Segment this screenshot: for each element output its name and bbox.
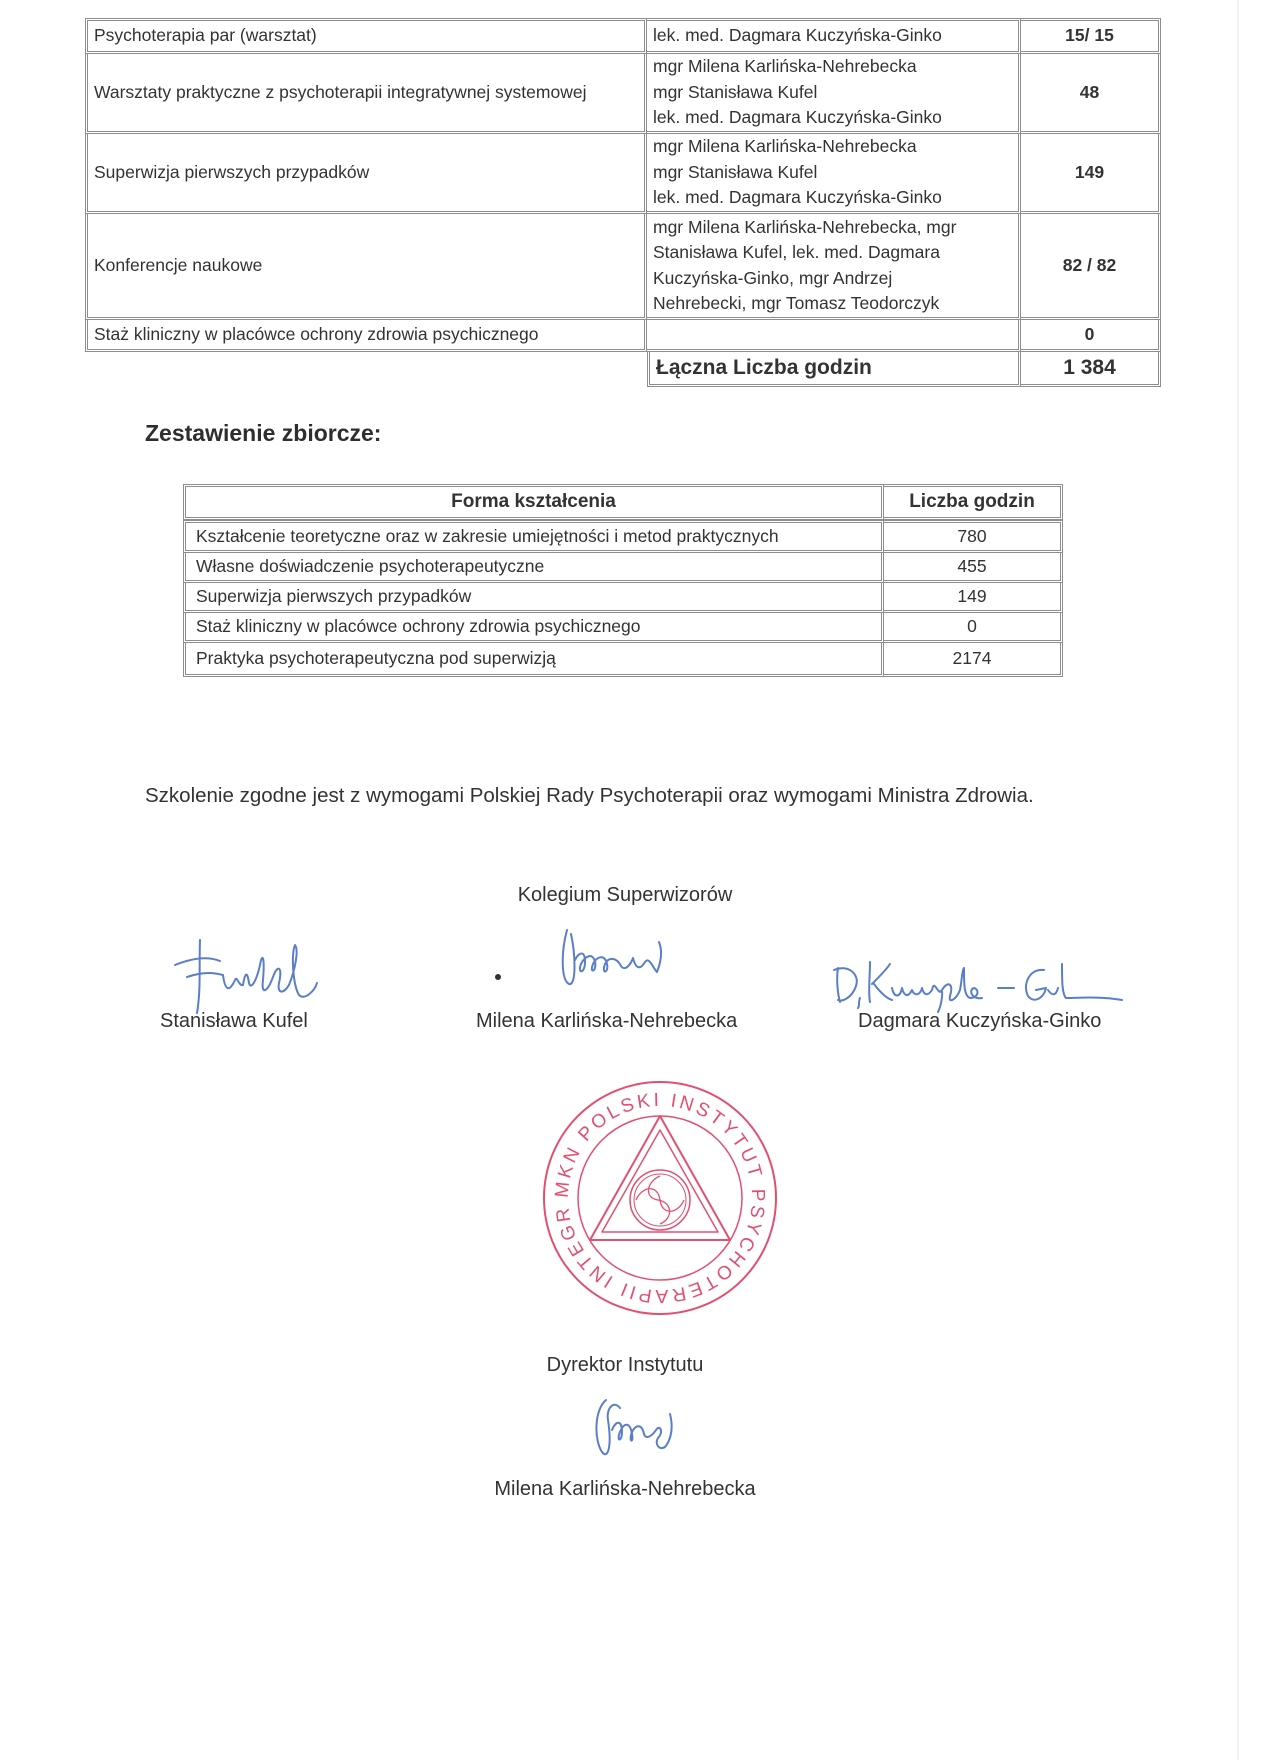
signature-kufel-icon bbox=[165, 935, 335, 1015]
hours-cell: 15/ 15 bbox=[1021, 18, 1161, 54]
hours-table: Psychoterapia par (warsztat) lek. med. D… bbox=[85, 18, 1161, 387]
institute-stamp-icon: MKN POLSKI INSTYTUT PSYCHOTERAPII INTEGR… bbox=[540, 1078, 780, 1318]
table-row: Staż kliniczny w placówce ochrony zdrowi… bbox=[183, 613, 1063, 643]
column-header-form: Forma kształcenia bbox=[183, 484, 884, 520]
stamp-text: MKN POLSKI INSTYTUT PSYCHOTERAPII INTEGR… bbox=[540, 1078, 768, 1306]
total-label: Łączna Liczba godzin bbox=[647, 352, 1021, 387]
hours-cell: 48 bbox=[1021, 54, 1161, 134]
lecturers-cell: mgr Milena Karlińska-Nehrebecka mgr Stan… bbox=[647, 134, 1021, 214]
scan-artifact-line bbox=[1237, 0, 1239, 1760]
lecturer: mgr Stanisława Kufel bbox=[653, 80, 1012, 106]
form-cell: Staż kliniczny w placówce ochrony zdrowi… bbox=[183, 613, 884, 643]
hours-cell: 0 bbox=[1021, 320, 1161, 352]
subject-cell: Psychoterapia par (warsztat) bbox=[85, 18, 647, 54]
lecturer: mgr Milena Karlińska-Nehrebecka bbox=[653, 54, 1012, 80]
hours-cell: 455 bbox=[884, 553, 1063, 583]
director-title: Dyrektor Instytutu bbox=[425, 1354, 825, 1377]
signature-director-icon bbox=[590, 1390, 700, 1470]
signatory-name: Stanisława Kufel bbox=[160, 1010, 308, 1033]
lecturers-cell: lek. med. Dagmara Kuczyńska-Ginko bbox=[647, 18, 1021, 54]
form-cell: Kształcenie teoretyczne oraz w zakresie … bbox=[183, 520, 884, 553]
table-row: Staż kliniczny w placówce ochrony zdrowi… bbox=[85, 320, 1161, 352]
summary-header-row: Forma kształcenia Liczba godzin bbox=[183, 484, 1063, 520]
lecturer: lek. med. Dagmara Kuczyńska-Ginko bbox=[653, 23, 1012, 49]
lecturer: mgr Milena Karlińska-Nehrebecka bbox=[653, 134, 1012, 160]
table-row: Psychoterapia par (warsztat) lek. med. D… bbox=[85, 18, 1161, 54]
signature-karlinska-icon bbox=[555, 922, 685, 1002]
hours-cell: 82 / 82 bbox=[1021, 214, 1161, 320]
lecturer: Stanisława Kufel, lek. med. Dagmara bbox=[653, 240, 1012, 266]
signatory-name: Dagmara Kuczyńska-Ginko bbox=[858, 1010, 1101, 1033]
lecturers-cell: mgr Milena Karlińska-Nehrebecka mgr Stan… bbox=[647, 54, 1021, 134]
hours-cell: 0 bbox=[884, 613, 1063, 643]
form-cell: Własne doświadczenie psychoterapeutyczne bbox=[183, 553, 884, 583]
subject-cell: Staż kliniczny w placówce ochrony zdrowi… bbox=[85, 320, 647, 352]
hours-cell: 149 bbox=[884, 583, 1063, 613]
table-row: Kształcenie teoretyczne oraz w zakresie … bbox=[183, 520, 1063, 553]
hours-cell: 780 bbox=[884, 520, 1063, 553]
lecturer: mgr Milena Karlińska-Nehrebecka, mgr bbox=[653, 215, 1012, 241]
column-header-hours: Liczba godzin bbox=[884, 484, 1063, 520]
subject-cell: Superwizja pierwszych przypadków bbox=[85, 134, 647, 214]
kolegium-title: Kolegium Superwizorów bbox=[425, 884, 825, 907]
lecturer: lek. med. Dagmara Kuczyńska-Ginko bbox=[653, 105, 1012, 131]
subject-cell: Warsztaty praktyczne z psychoterapii int… bbox=[85, 54, 647, 134]
hours-cell: 149 bbox=[1021, 134, 1161, 214]
lecturer: lek. med. Dagmara Kuczyńska-Ginko bbox=[653, 185, 1012, 211]
signatory-name: Milena Karlińska-Nehrebecka bbox=[476, 1010, 737, 1033]
lecturer: mgr Stanisława Kufel bbox=[653, 160, 1012, 186]
table-row: Superwizja pierwszych przypadków 149 bbox=[183, 583, 1063, 613]
compliance-statement: Szkolenie zgodne jest z wymogami Polskie… bbox=[145, 781, 1100, 811]
total-value: 1 384 bbox=[1021, 352, 1161, 387]
empty-cell bbox=[85, 352, 647, 387]
lecturers-cell: mgr Milena Karlińska-Nehrebecka, mgr Sta… bbox=[647, 214, 1021, 320]
lecturers-cell bbox=[647, 320, 1021, 352]
hours-cell: 2174 bbox=[884, 643, 1063, 677]
summary-table: Forma kształcenia Liczba godzin Kształce… bbox=[183, 484, 1063, 677]
table-row: Konferencje naukowe mgr Milena Karlińska… bbox=[85, 214, 1161, 320]
director-name: Milena Karlińska-Nehrebecka bbox=[425, 1478, 825, 1501]
total-row: Łączna Liczba godzin 1 384 bbox=[85, 352, 1161, 387]
table-row: Własne doświadczenie psychoterapeutyczne… bbox=[183, 553, 1063, 583]
lecturer: Kuczyńska-Ginko, mgr Andrzej bbox=[653, 266, 1012, 292]
table-row: Superwizja pierwszych przypadków mgr Mil… bbox=[85, 134, 1161, 214]
summary-heading: Zestawienie zbiorcze: bbox=[145, 420, 381, 447]
subject-cell: Konferencje naukowe bbox=[85, 214, 647, 320]
lecturer: Nehrebecki, mgr Tomasz Teodorczyk bbox=[653, 291, 1012, 317]
form-cell: Superwizja pierwszych przypadków bbox=[183, 583, 884, 613]
ink-dot bbox=[495, 974, 501, 980]
form-cell: Praktyka psychoterapeutyczna pod superwi… bbox=[183, 643, 884, 677]
table-row: Warsztaty praktyczne z psychoterapii int… bbox=[85, 54, 1161, 134]
table-row: Praktyka psychoterapeutyczna pod superwi… bbox=[183, 643, 1063, 677]
